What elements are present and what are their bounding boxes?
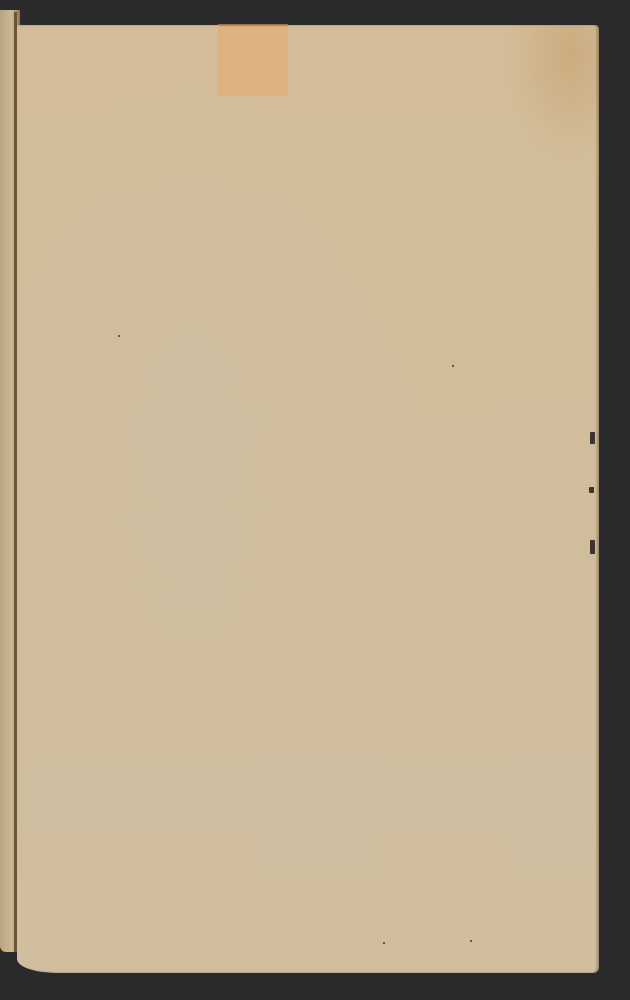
paper-speck <box>118 335 120 337</box>
paper-tape-patch <box>218 24 288 96</box>
paper-speck <box>470 940 472 942</box>
edge-mark <box>590 540 595 554</box>
edge-mark <box>590 432 595 444</box>
paper-speck <box>452 365 454 367</box>
blank-page <box>17 25 599 973</box>
paper-speck <box>383 942 385 944</box>
edge-mark <box>589 487 594 493</box>
